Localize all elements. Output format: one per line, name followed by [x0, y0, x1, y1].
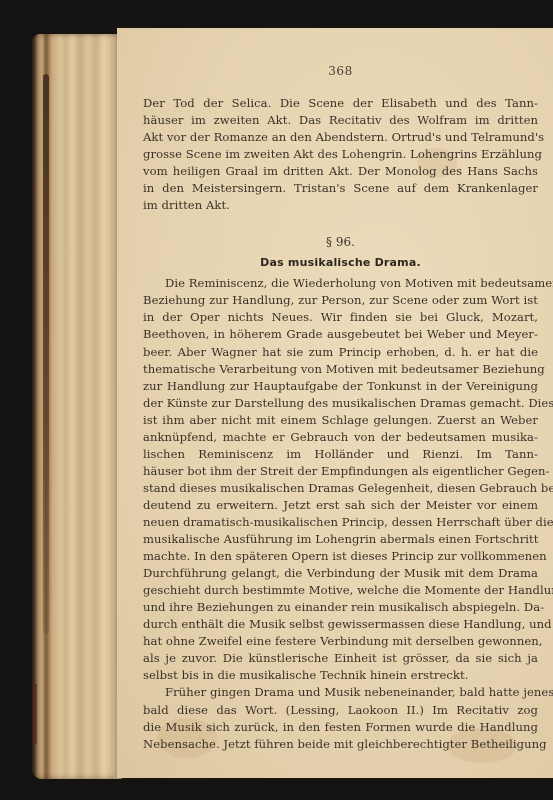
cover-edge [33, 684, 37, 744]
text-line: als je zuvor. Die künstlerische Einheit … [143, 650, 538, 667]
book-photo: 368 Der Tod der Selica. Die Scene der El… [0, 0, 553, 800]
book-page: 368 Der Tod der Selica. Die Scene der El… [117, 28, 553, 778]
text-line: häuser bot ihm der Streit der Empfindung… [143, 463, 538, 480]
text-line: in der Oper nichts Neues. Wir finden sie… [143, 309, 538, 326]
section-title: Das musikalische Drama. [143, 253, 538, 275]
text-line: beer. Aber Wagner hat sie zum Princip er… [143, 344, 538, 361]
text-line: die Musik sich zurück, in den festen For… [143, 719, 538, 736]
text-line: anknüpfend, machte er Gebrauch von der b… [143, 429, 538, 446]
book-page-edges [32, 34, 122, 779]
text-line: im dritten Akt. [143, 197, 538, 214]
text-line: häuser im zweiten Akt. Das Recitativ des… [143, 112, 538, 129]
text-line: bald diese das Wort. (Lessing, Laokoon I… [143, 702, 538, 719]
text-line: vom heiligen Graal im dritten Akt. Der M… [143, 163, 538, 180]
section-number: § 96. [143, 231, 538, 253]
text-line: Früher gingen Drama und Musik nebeneinan… [143, 684, 538, 701]
text-line: und ihre Beziehungen zu einander rein mu… [143, 599, 538, 616]
text-line: neuen dramatisch-musikalischen Princip, … [143, 514, 538, 531]
text-line: der Künste zur Darstellung des musikalis… [143, 395, 538, 412]
text-line: thematische Verarbeitung von Motiven mit… [143, 361, 538, 378]
text-line: Die Reminiscenz, die Wiederholung von Mo… [143, 275, 538, 292]
spacer [143, 214, 538, 231]
text-line: machte. In den späteren Opern ist dieses… [143, 548, 538, 565]
text-line: Beethoven, in höherem Grade ausgebeutet … [143, 326, 538, 343]
text-line: musikalische Ausführung im Lohengrin abe… [143, 531, 538, 548]
page-number: 368 [143, 64, 538, 78]
page-edge-stain [43, 74, 49, 634]
text-lines: Der Tod der Selica. Die Scene der Elisab… [143, 95, 538, 753]
text-line: Beziehung zur Handlung, zur Person, zur … [143, 292, 538, 309]
text-line: selbst bis in die musikalische Technik h… [143, 667, 538, 684]
text-line: Akt vor der Romanze an den Abendstern. O… [143, 129, 538, 146]
text-line: Nebensache. Jetzt führen beide mit gleic… [143, 736, 538, 753]
text-line: deutend zu erweitern. Jetzt erst sah sic… [143, 497, 538, 514]
text-line: ist ihm aber nicht mit einem Schlage gel… [143, 412, 538, 429]
text-line: zur Handlung zur Hauptaufgabe der Tonkun… [143, 378, 538, 395]
text-line: Durchführung gelangt, die Verbindung der… [143, 565, 538, 582]
text-line: hat ohne Zweifel eine festere Verbindung… [143, 633, 538, 650]
text-line: durch enthält die Musik selbst gewisserm… [143, 616, 538, 633]
text-line: grosse Scene im zweiten Akt des Lohengri… [143, 146, 538, 163]
text-line: stand dieses musikalischen Dramas Gelege… [143, 480, 538, 497]
text-line: in den Meistersingern. Tristan's Scene a… [143, 180, 538, 197]
text-line: lischen Reminiscenz im Holländer und Rie… [143, 446, 538, 463]
text-line: Der Tod der Selica. Die Scene der Elisab… [143, 95, 538, 112]
text-line: geschieht durch bestimmte Motive, welche… [143, 582, 538, 599]
